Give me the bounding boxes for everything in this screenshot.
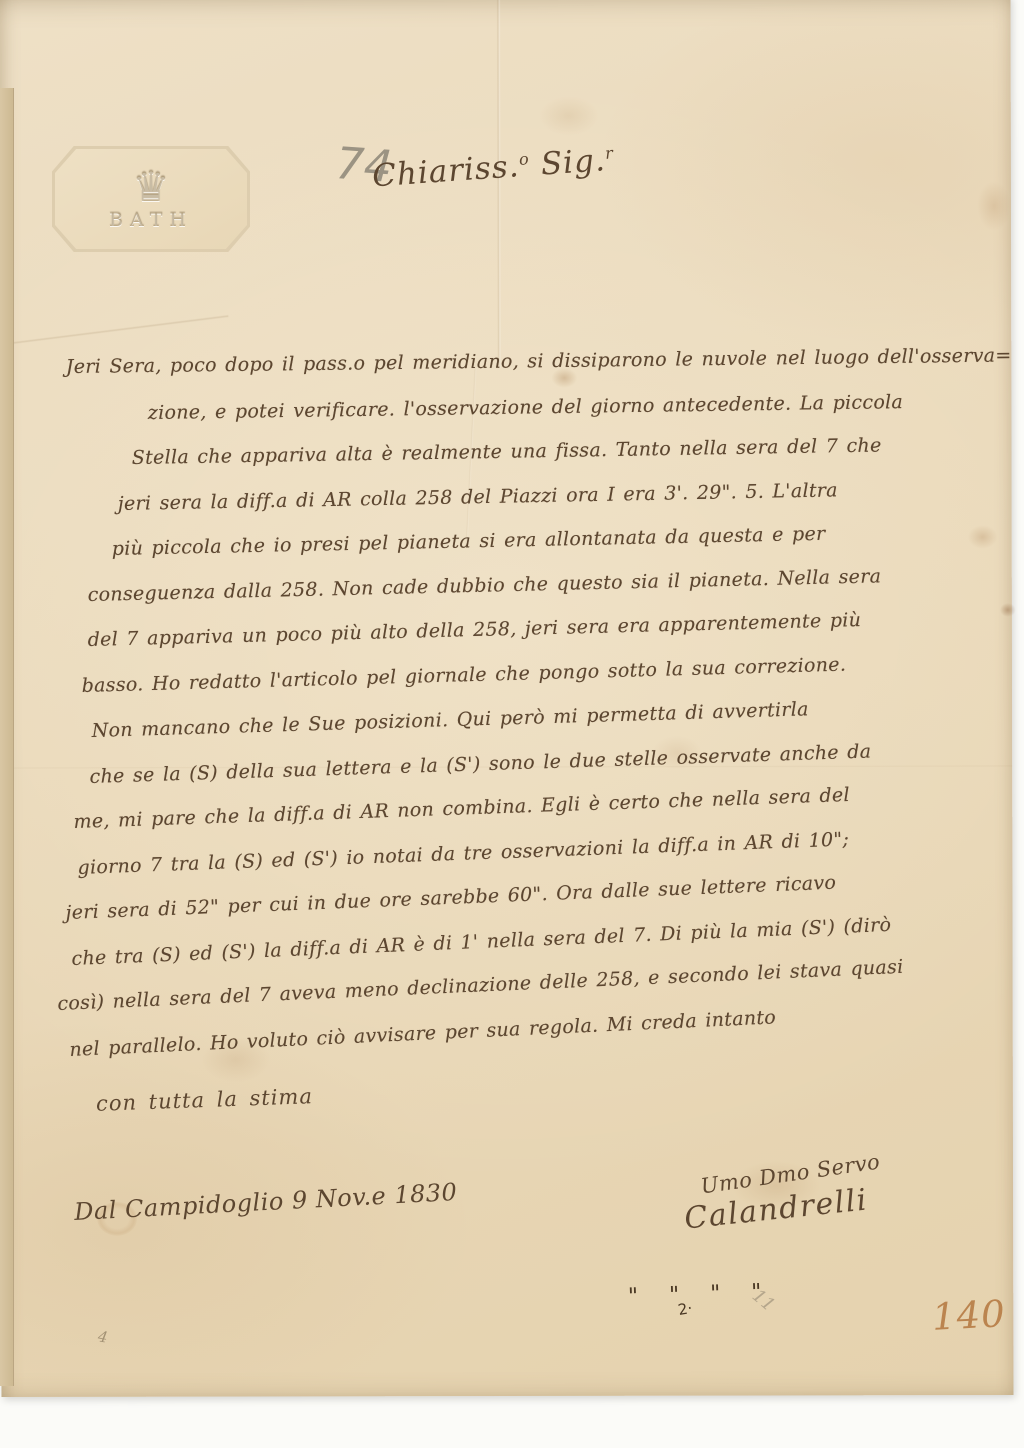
folio-number-bottom: 140 — [931, 1292, 1007, 1339]
stamp-text: BATH — [109, 209, 193, 231]
embossed-stamp-face: ♛ BATH — [55, 149, 247, 249]
scanned-letter-page: ♛ BATH 74 Chiariss.o Sig.r Jeri Sera, po… — [0, 0, 1024, 1448]
salutation-superscript: r — [604, 143, 614, 163]
embossed-stamp: ♛ BATH — [52, 146, 250, 252]
letter-body: Jeri Sera, poco dopo il pass.o pel merid… — [0, 356, 1012, 1084]
diagonal-crease — [0, 315, 229, 346]
crown-icon: ♛ — [132, 167, 170, 207]
ink-test-submark: 2· — [677, 1299, 694, 1319]
salutation-word: Sig. — [529, 142, 607, 183]
foxing-spot — [977, 181, 1011, 231]
paper-stain — [539, 96, 599, 136]
